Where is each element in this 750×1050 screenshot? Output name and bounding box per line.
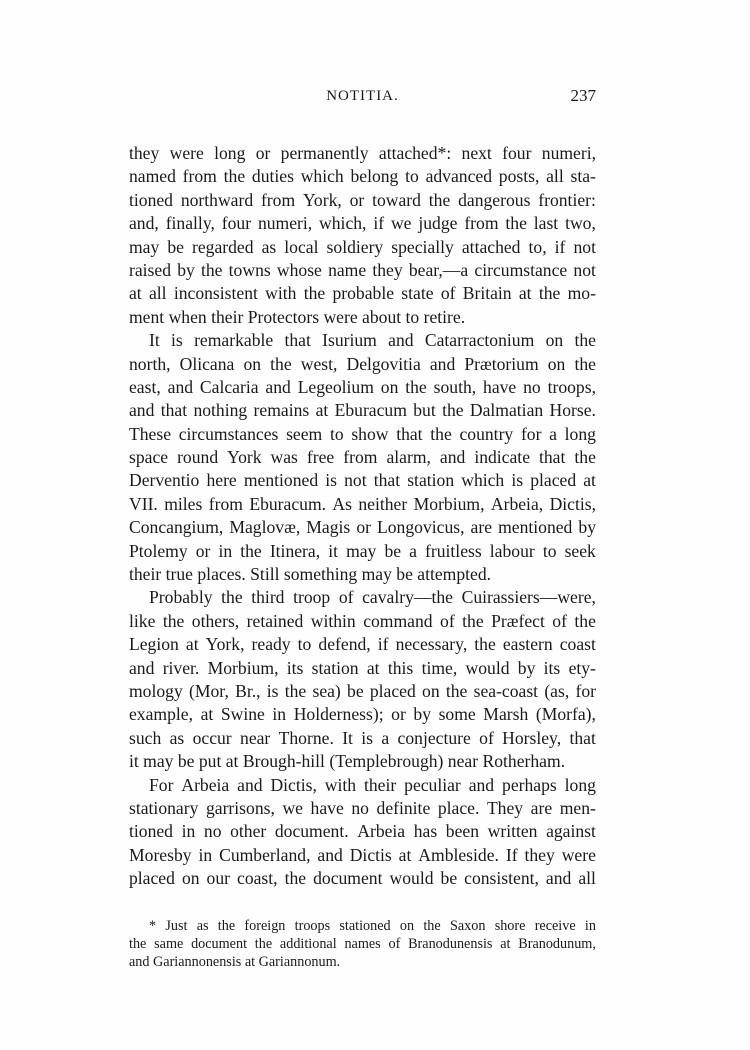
text-line: suchasoccurnearThorne.ItisaconjectureofH… — [129, 727, 596, 750]
text-line: and,finally,fournumeri,which,ifwejudgefr… — [129, 212, 596, 235]
text-line: VII.milesfromEburacum.AsneitherMorbium,A… — [129, 493, 596, 516]
text-line: east,andCalcariaandLegeoliumonthesouth,h… — [129, 376, 596, 399]
text-line: LegionatYork,readytodefend,ifnecessary,t… — [129, 633, 596, 656]
footnote-line: and Gariannonensis at Gariannonum. — [129, 953, 596, 971]
text-line: Concangium,Maglovæ,MagisorLongovicus,are… — [129, 516, 596, 539]
text-line: atallinconsistentwiththeprobablestateofB… — [129, 282, 596, 305]
text-line: tionednorthwardfromYork,ortowardthedange… — [129, 189, 596, 212]
text-line: it may be put at Brough-hill (Templebrou… — [129, 750, 596, 773]
text-line: andriver.Morbium,itsstationatthistime,wo… — [129, 657, 596, 680]
paragraph-continuation: theywerelongorpermanentlyattached*:nextf… — [129, 142, 596, 329]
text-line: spaceroundYorkwasfreefromalarm,andindica… — [129, 446, 596, 469]
body-text: theywerelongorpermanentlyattached*:nextf… — [129, 142, 596, 891]
text-line: their true places. Still something may b… — [129, 563, 596, 586]
paragraph: Probablythethirdtroopofcavalry—theCuiras… — [129, 586, 596, 773]
text-line: Probablythethirdtroopofcavalry—theCuiras… — [129, 586, 596, 609]
text-line: andthatnothingremainsatEburacumbuttheDal… — [129, 399, 596, 422]
text-line: theywerelongorpermanentlyattached*:nextf… — [129, 142, 596, 165]
book-page: NOTITIA. 237 theywerelongorpermanentlyat… — [0, 0, 750, 1050]
text-line: PtolemyorintheItinera,itmaybeafruitlessl… — [129, 540, 596, 563]
text-line: namedfromthedutieswhichbelongtoadvancedp… — [129, 165, 596, 188]
paragraph: ForArbeiaandDictis,withtheirpeculiarandp… — [129, 774, 596, 891]
text-line: mology(Mor,Br.,isthesea)beplacedonthesea… — [129, 680, 596, 703]
text-line: north,Olicanaonthewest,DelgovitiaandPræt… — [129, 353, 596, 376]
footnote: *JustastheforeigntroopsstationedontheSax… — [129, 917, 596, 971]
text-line: mayberegardedaslocalsoldieryspeciallyatt… — [129, 236, 596, 259]
text-line: raisedbythetownswhosenametheybear,—acirc… — [129, 259, 596, 282]
text-line: tionedinnootherdocument.Arbeiahasbeenwri… — [129, 820, 596, 843]
text-line: ForArbeiaandDictis,withtheirpeculiarandp… — [129, 774, 596, 797]
paragraph: ItisremarkablethatIsuriumandCatarractoni… — [129, 329, 596, 586]
footnote-line: thesamedocumenttheadditionalnamesofBrano… — [129, 935, 596, 953]
page-header: NOTITIA. 237 — [129, 86, 596, 110]
text-line: Derventioherementionedisnotthatstationwh… — [129, 469, 596, 492]
text-line: Thesecircumstancesseemtoshowthatthecount… — [129, 423, 596, 446]
page-number: 237 — [571, 86, 597, 106]
running-title: NOTITIA. — [129, 88, 596, 105]
text-line: MoresbyinCumberland,andDictisatAmbleside… — [129, 844, 596, 867]
text-line: liketheothers,retainedwithincommandofthe… — [129, 610, 596, 633]
text-line: ItisremarkablethatIsuriumandCatarractoni… — [129, 329, 596, 352]
footnote-line: *JustastheforeigntroopsstationedontheSax… — [129, 917, 596, 935]
text-line: example,atSwineinHolderness);orbysomeMar… — [129, 703, 596, 726]
text-line: stationarygarrisons,wehavenodefiniteplac… — [129, 797, 596, 820]
text-line: placedonourcoast,thedocumentwouldbeconsi… — [129, 867, 596, 890]
text-line: ment when their Protectors were about to… — [129, 306, 596, 329]
